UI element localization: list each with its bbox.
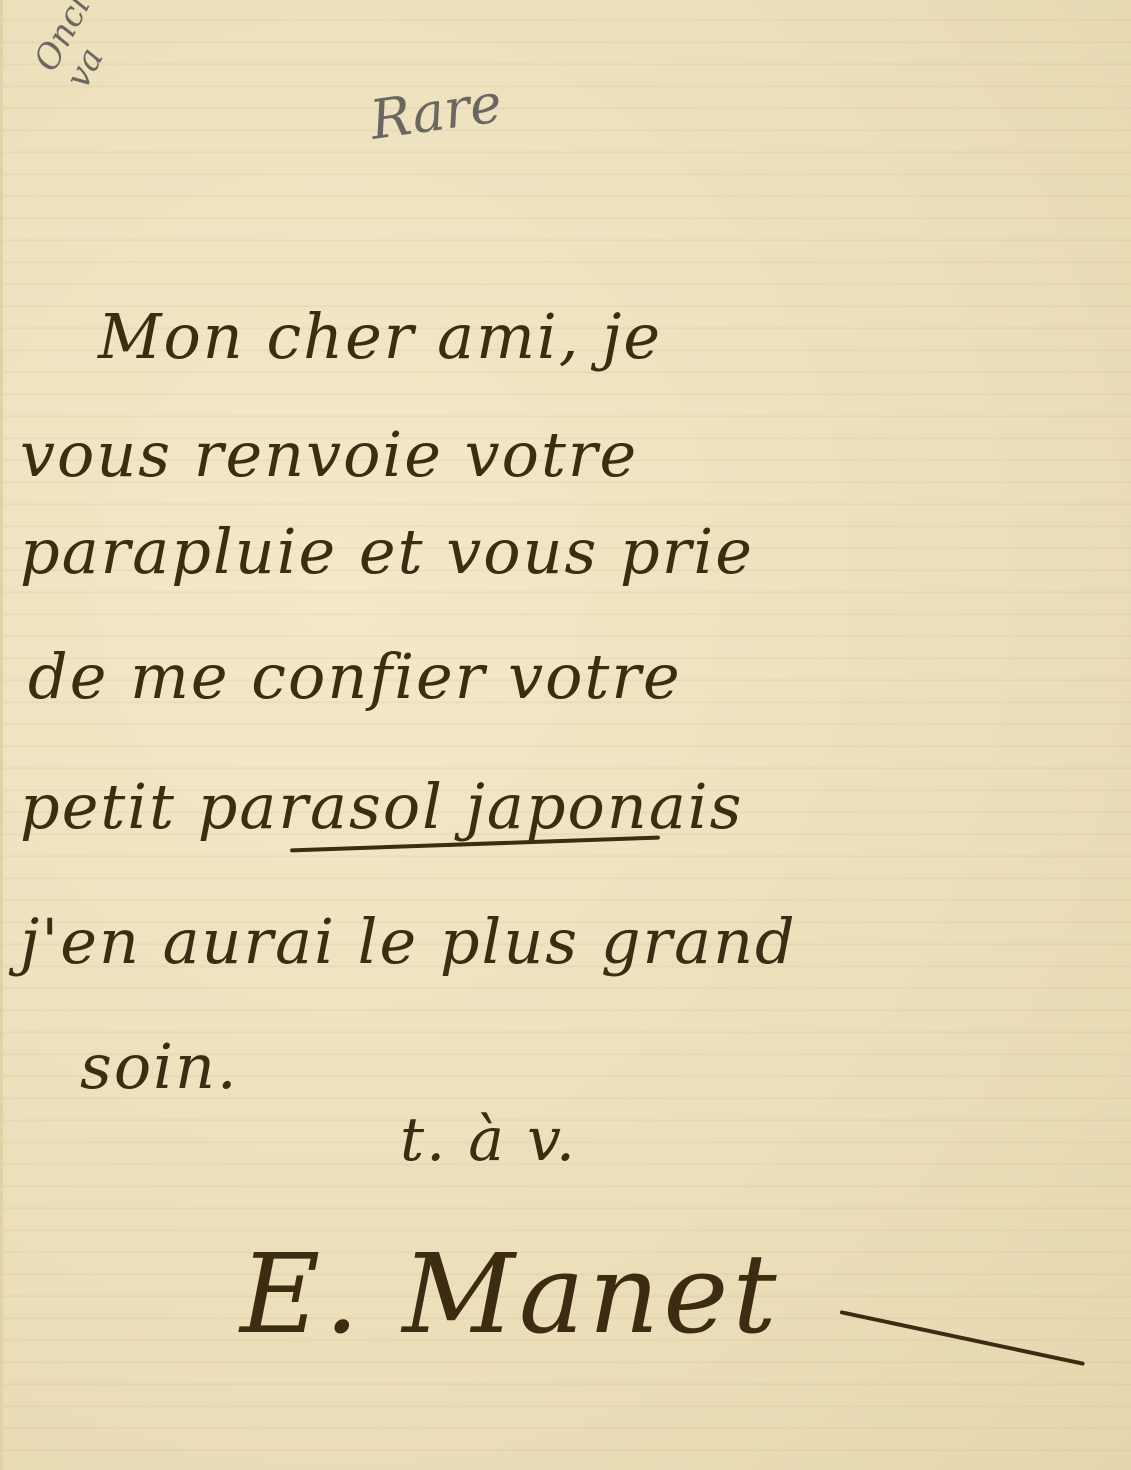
- letter-line-5: petit parasol japonais: [20, 770, 743, 843]
- closing: t. à v.: [400, 1105, 577, 1175]
- letter-line-3: parapluie et vous prie: [20, 515, 754, 588]
- pencil-annotation-left: Oncle va: [28, 0, 157, 94]
- letter-line-2: vous renvoie votre: [20, 418, 638, 491]
- signature: E. Manet: [240, 1230, 781, 1358]
- letter-line-4: de me confier votre: [28, 640, 682, 713]
- letter-line-6: j'en aurai le plus grand: [20, 905, 797, 978]
- letter-line-1: Mon cher ami, je: [98, 300, 662, 373]
- signature-flourish: [840, 1310, 1085, 1366]
- letter-line-7: soin.: [80, 1030, 239, 1103]
- pencil-annotation-rare: Rare: [366, 71, 505, 152]
- letter-page: Oncle va Rare Mon cher ami, je vous renv…: [0, 0, 1131, 1470]
